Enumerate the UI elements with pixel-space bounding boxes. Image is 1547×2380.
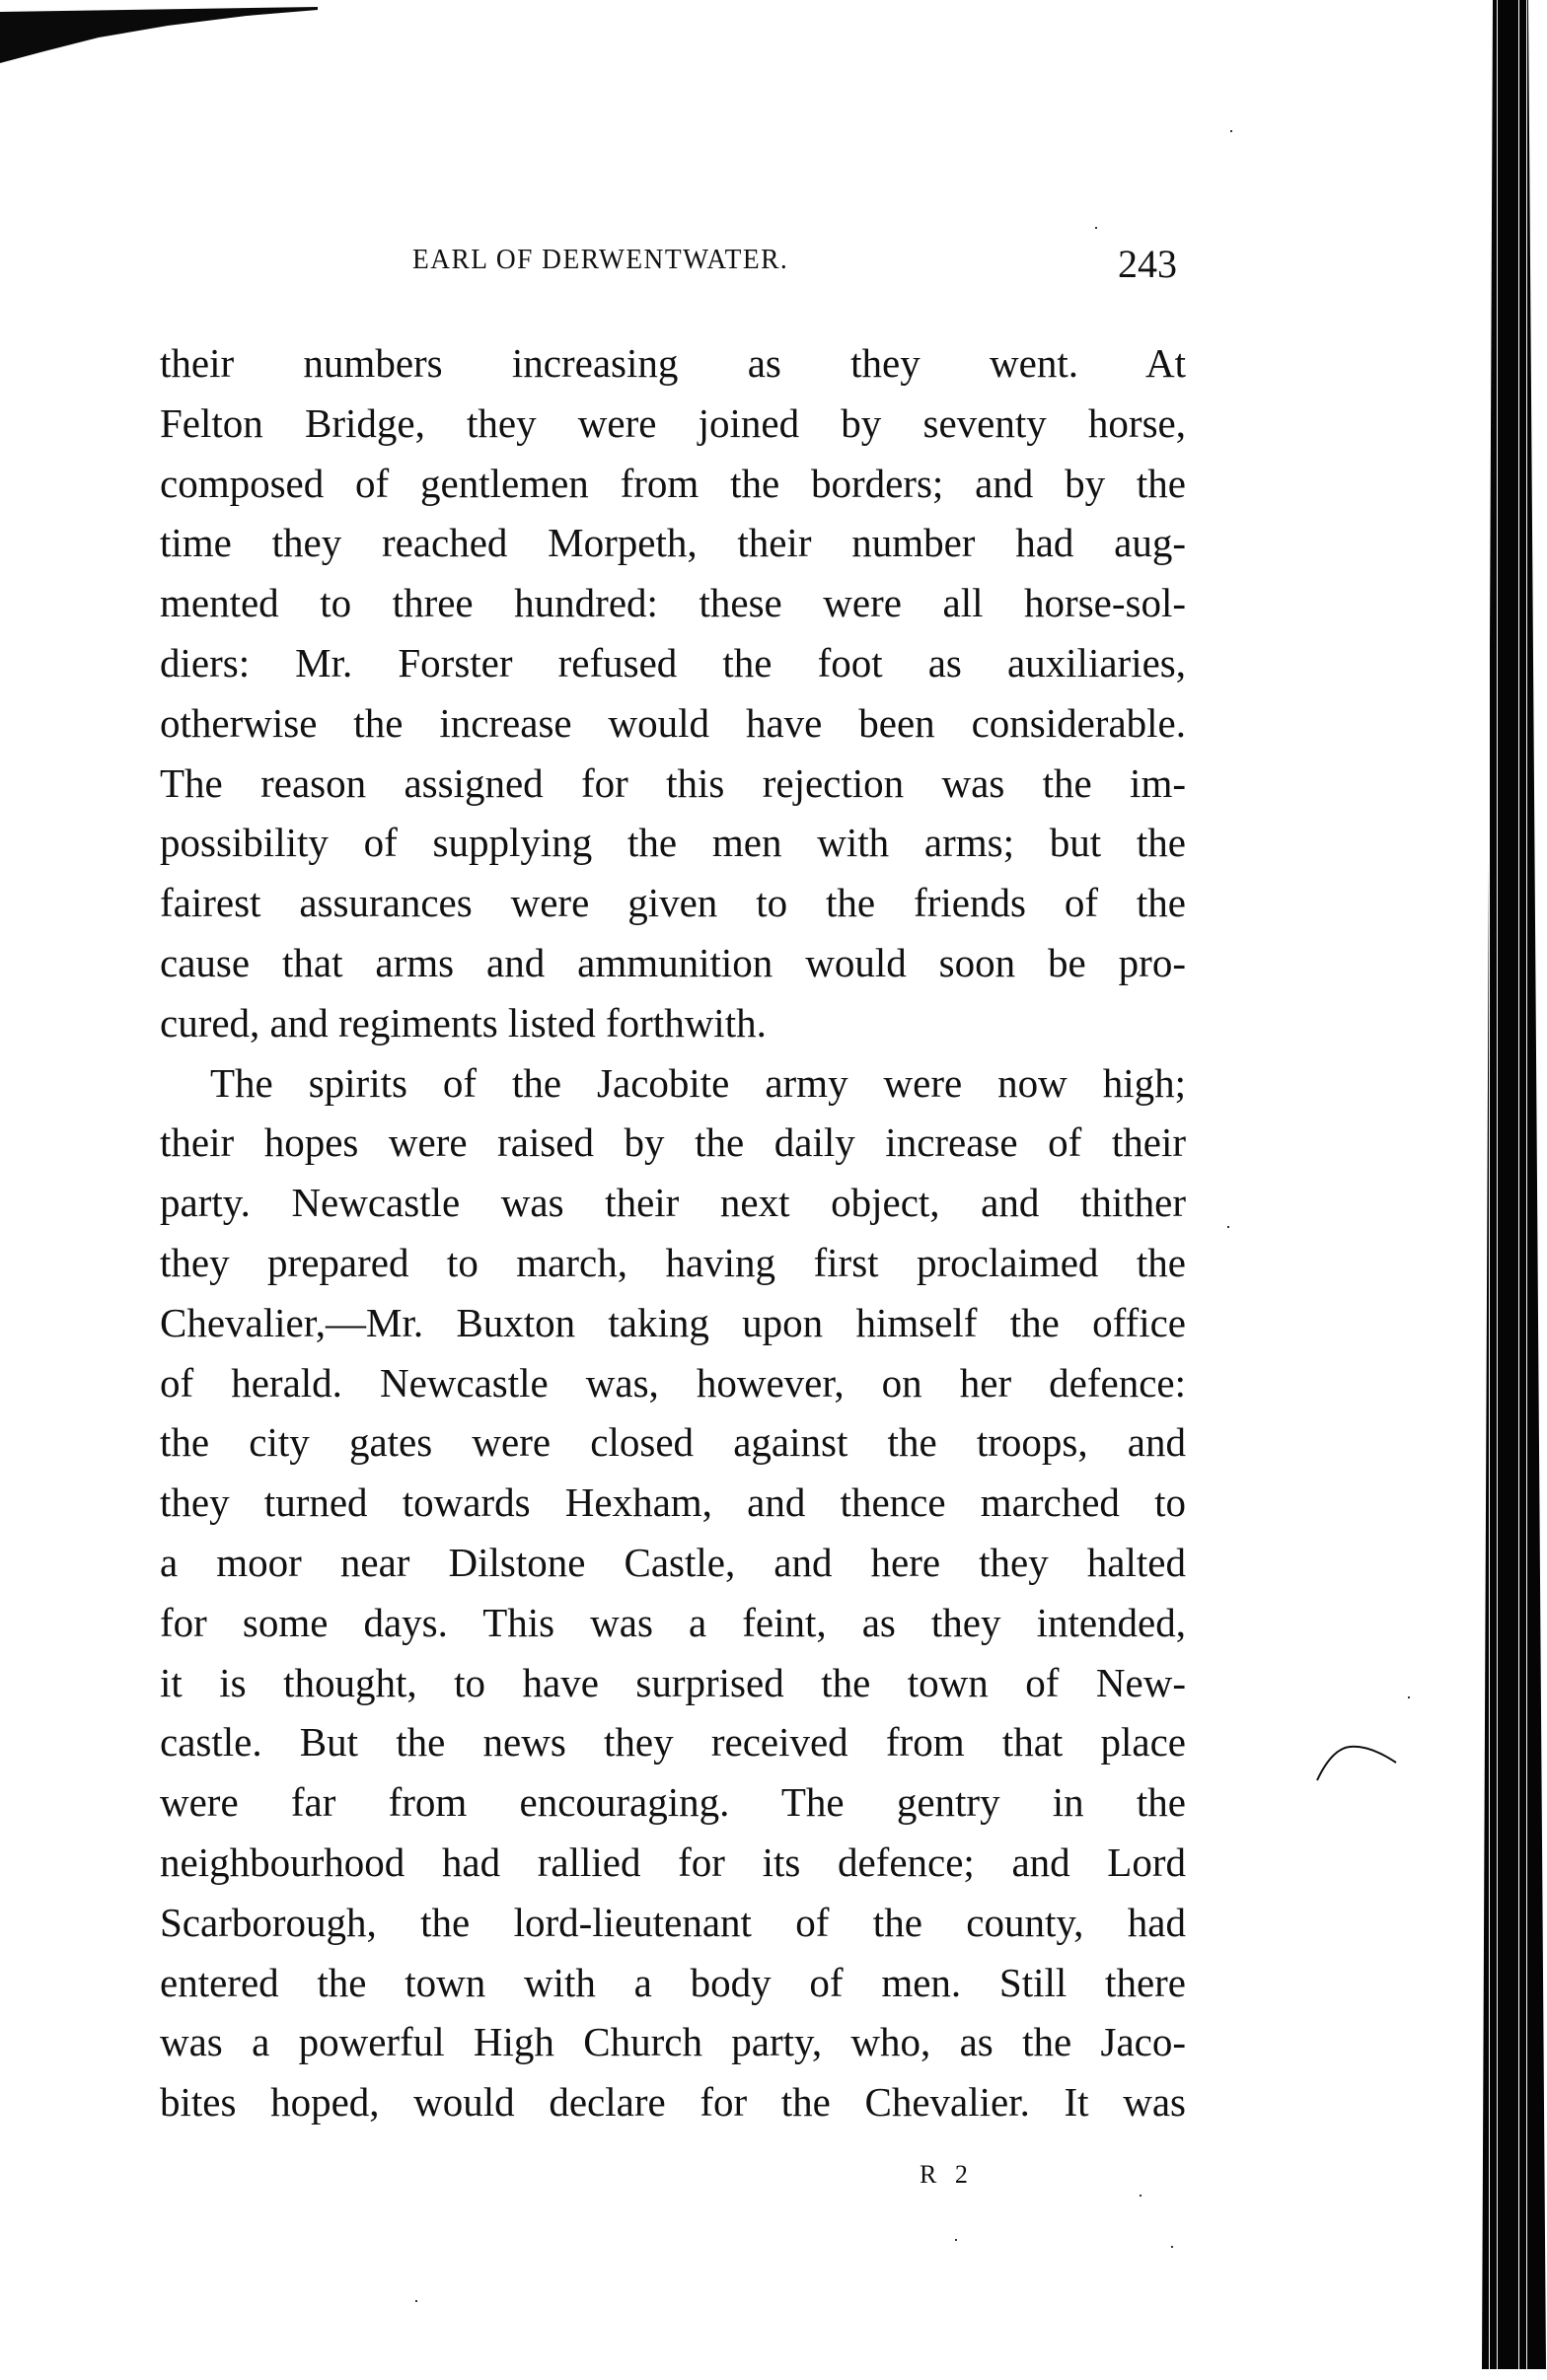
text-line: bites hoped, would declare for the Cheva…: [160, 2072, 1186, 2132]
text-line: entered the town with a body of men. Sti…: [160, 1953, 1186, 2013]
text-line: composed of gentlemen from the borders; …: [160, 454, 1186, 514]
text-line: cured, and regiments listed forthwith.: [160, 993, 1186, 1053]
text-line: Felton Bridge, they were joined by seven…: [160, 394, 1186, 454]
text-line: they turned towards Hexham, and thence m…: [160, 1473, 1186, 1533]
text-line: diers: Mr. Forster refused the foot as a…: [160, 633, 1186, 693]
text-line: cause that arms and ammunition would soo…: [160, 933, 1186, 993]
scan-speck: [1095, 227, 1097, 229]
scan-speck: [1230, 130, 1232, 132]
text-line: of herald. Newcastle was, however, on he…: [160, 1353, 1186, 1413]
text-line: it is thought, to have surprised the tow…: [160, 1653, 1186, 1713]
scan-speck: [955, 2239, 957, 2241]
text-line: the city gates were closed against the t…: [160, 1412, 1186, 1473]
text-line: possibility of supplying the men with ar…: [160, 813, 1186, 873]
text-line: mented to three hundred: these were all …: [160, 573, 1186, 633]
text-line: their hopes were raised by the daily inc…: [160, 1113, 1186, 1173]
scan-speck: [1408, 1696, 1410, 1698]
text-line: a moor near Dilstone Castle, and here th…: [160, 1533, 1186, 1593]
text-line: was a powerful High Church party, who, a…: [160, 2012, 1186, 2072]
text-line: party. Newcastle was their next object, …: [160, 1173, 1186, 1233]
page-number: 243: [1118, 241, 1177, 287]
text-line: were far from encouraging. The gentry in…: [160, 1772, 1186, 1833]
text-line: Scarborough, the lord-lieutenant of the …: [160, 1893, 1186, 1953]
text-line: their numbers increasing as they went. A…: [160, 333, 1186, 394]
scan-speck: [415, 2300, 417, 2302]
signature-mark: R 2: [920, 2160, 974, 2190]
text-line: otherwise the increase would have been c…: [160, 693, 1186, 754]
text-line: castle. But the news they received from …: [160, 1712, 1186, 1772]
paragraph-1: their numbers increasing as they went. A…: [160, 333, 1186, 1053]
paragraph-2: The spirits of the Jacobite army were no…: [160, 1053, 1186, 2132]
body-text: their numbers increasing as they went. A…: [160, 333, 1186, 2132]
scan-speck: [1227, 1226, 1229, 1228]
text-line: neighbourhood had rallied for its defenc…: [160, 1833, 1186, 1893]
scan-corner-shadow: [0, 0, 326, 65]
text-line: Chevalier,—Mr. Buxton taking upon himsel…: [160, 1293, 1186, 1353]
text-line: for some days. This was a feint, as they…: [160, 1593, 1186, 1653]
scan-binding-edge: [1480, 0, 1547, 2369]
text-line: time they reached Morpeth, their number …: [160, 513, 1186, 573]
scan-speck: [1171, 2246, 1173, 2248]
text-line: The reason assigned for this rejection w…: [160, 754, 1186, 814]
running-head: EARL OF DERWENTWATER.: [412, 245, 788, 276]
margin-pencil-arc: [1312, 1741, 1401, 1790]
text-line: they prepared to march, having first pro…: [160, 1233, 1186, 1293]
scan-speck: [1140, 2195, 1142, 2197]
text-line: fairest assurances were given to the fri…: [160, 873, 1186, 933]
text-line: The spirits of the Jacobite army were no…: [160, 1053, 1186, 1114]
